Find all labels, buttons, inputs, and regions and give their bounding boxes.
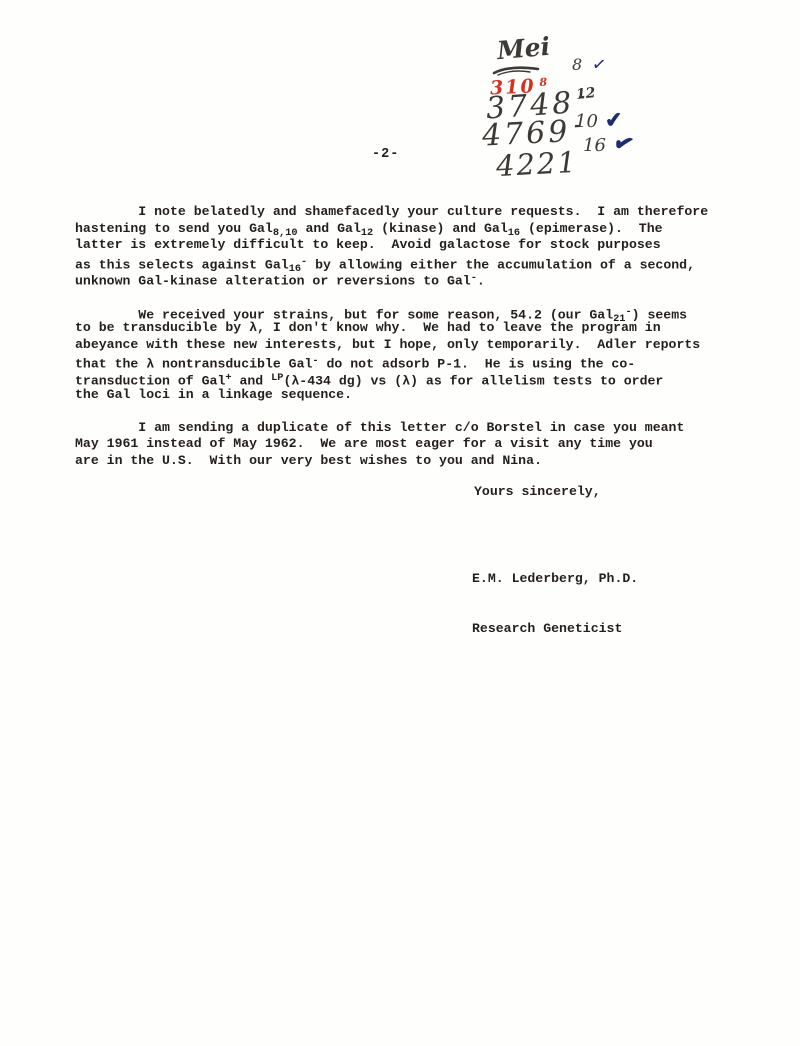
letter-line: I note belatedly and shamefacedly your c… — [75, 204, 755, 221]
handwritten-number: 12 — [575, 85, 596, 103]
check-icon: ✔ — [610, 128, 637, 160]
letter-line: May 1961 instead of May 1962. We are mos… — [75, 436, 755, 453]
letter-line: I am sending a duplicate of this letter … — [75, 420, 755, 437]
letter-line: transduction of Gal+ and LP(λ-434 dg) vs… — [75, 370, 755, 387]
closing-line: Yours sincerely, — [474, 484, 601, 501]
signature-block: E.M. Lederberg, Ph.D. Research Geneticis… — [472, 538, 638, 671]
letter-page: Mei 31083748-4769-4221 8✓1210✔16✔ -2- I … — [0, 0, 800, 1046]
signature-title: Research Geneticist — [472, 621, 638, 638]
letter-line: We received your strains, but for some r… — [75, 304, 755, 321]
letter-paragraph: I note belatedly and shamefacedly your c… — [75, 204, 755, 287]
page-number: -2- — [372, 147, 399, 162]
handwritten-number: 8✓ — [572, 55, 606, 75]
letter-line: are in the U.S. With our very best wishe… — [75, 453, 755, 470]
letter-line: abeyance with these new interests, but I… — [75, 337, 755, 354]
signature-name: E.M. Lederberg, Ph.D. — [472, 571, 638, 588]
letter-line: the Gal loci in a linkage sequence. — [75, 387, 755, 404]
letter-paragraph: I am sending a duplicate of this letter … — [75, 420, 755, 470]
letter-line: to be transducible by λ, I don't know wh… — [75, 320, 755, 337]
handwritten-number: 16✔ — [583, 130, 633, 157]
letter-line: as this selects against Gal16- by allowi… — [75, 254, 755, 271]
letter-line: latter is extremely difficult to keep. A… — [75, 237, 755, 254]
letter-line: unknown Gal-kinase alteration or reversi… — [75, 270, 755, 287]
letter-body: I note belatedly and shamefacedly your c… — [75, 204, 755, 486]
check-icon: ✓ — [591, 54, 608, 76]
letter-line: that the λ nontransducible Gal- do not a… — [75, 353, 755, 370]
handwritten-name-note: Mei — [496, 32, 551, 66]
handwritten-number: 4221 — [495, 145, 578, 183]
letter-line: hastening to send you Gal8,10 and Gal12 … — [75, 221, 755, 238]
letter-paragraph: We received your strains, but for some r… — [75, 304, 755, 404]
handwritten-number: 10✔ — [575, 107, 623, 132]
